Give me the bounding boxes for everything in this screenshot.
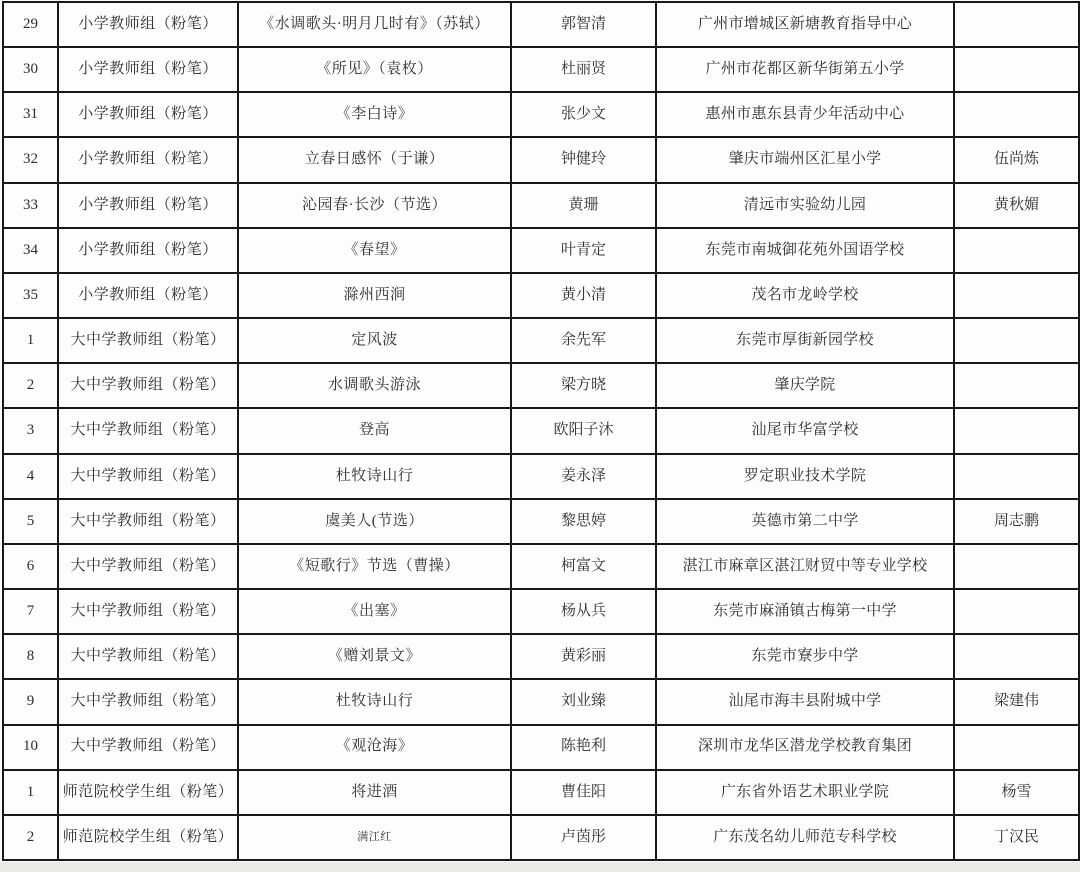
cell-performer: 柯富文 (511, 544, 656, 589)
cell-advisor: 黄秋媚 (954, 183, 1079, 228)
cell-title: 登高 (238, 408, 511, 453)
cell-title: 水调歌头游泳 (238, 363, 511, 408)
table-row: 29 小学教师组（粉笔） 《水调歌头·明月几时有》（苏轼） 郭智清 广州市增城区… (3, 2, 1079, 47)
cell-organization: 汕尾市华富学校 (656, 408, 954, 453)
table-row: 6 大中学教师组（粉笔） 《短歌行》节选（曹操） 柯富文 湛江市麻章区湛江财贸中… (3, 544, 1079, 589)
cell-title: 满江红 (238, 815, 511, 860)
cell-organization: 东莞市南城御花苑外国语学校 (656, 228, 954, 273)
table-row: 1 大中学教师组（粉笔） 定风波 余先军 东莞市厚街新园学校 (3, 318, 1079, 363)
cell-group: 大中学教师组（粉笔） (58, 499, 238, 544)
cell-number: 34 (3, 228, 58, 273)
cell-title: 将进酒 (238, 770, 511, 815)
cell-number: 1 (3, 770, 58, 815)
table-row: 2 大中学教师组（粉笔） 水调歌头游泳 梁方晓 肇庆学院 (3, 363, 1079, 408)
cell-title: 《短歌行》节选（曹操） (238, 544, 511, 589)
cell-number: 29 (3, 2, 58, 47)
cell-title: 《观沧海》 (238, 725, 511, 770)
table-row: 3 大中学教师组（粉笔） 登高 欧阳子沐 汕尾市华富学校 (3, 408, 1079, 453)
cell-group: 大中学教师组（粉笔） (58, 725, 238, 770)
cell-group: 小学教师组（粉笔） (58, 2, 238, 47)
cell-performer: 叶青定 (511, 228, 656, 273)
cell-performer: 姜永泽 (511, 454, 656, 499)
cell-organization: 东莞市麻涌镇古梅第一中学 (656, 589, 954, 634)
cell-organization: 湛江市麻章区湛江财贸中等专业学校 (656, 544, 954, 589)
cell-advisor (954, 318, 1079, 363)
cell-advisor (954, 363, 1079, 408)
cell-performer: 黄小清 (511, 273, 656, 318)
cell-advisor (954, 47, 1079, 92)
table-row: 10 大中学教师组（粉笔） 《观沧海》 陈艳利 深圳市龙华区潜龙学校教育集团 (3, 725, 1079, 770)
cell-group: 小学教师组（粉笔） (58, 228, 238, 273)
table-row: 2 师范院校学生组（粉笔） 满江红 卢茵彤 广东茂名幼儿师范专科学校 丁汉民 (3, 815, 1079, 860)
cell-advisor (954, 2, 1079, 47)
cell-number: 1 (3, 318, 58, 363)
cell-title: 杜牧诗山行 (238, 679, 511, 724)
table-row: 1 师范院校学生组（粉笔） 将进酒 曹佳阳 广东省外语艺术职业学院 杨雪 (3, 770, 1079, 815)
table-row: 9 大中学教师组（粉笔） 杜牧诗山行 刘业臻 汕尾市海丰县附城中学 梁建伟 (3, 679, 1079, 724)
cell-performer: 余先军 (511, 318, 656, 363)
cell-number: 4 (3, 454, 58, 499)
cell-advisor (954, 408, 1079, 453)
table-row: 30 小学教师组（粉笔） 《所见》（袁枚） 杜丽贤 广州市花都区新华街第五小学 (3, 47, 1079, 92)
cell-performer: 欧阳子沐 (511, 408, 656, 453)
cell-organization: 广州市增城区新塘教育指导中心 (656, 2, 954, 47)
cell-performer: 刘业臻 (511, 679, 656, 724)
cell-advisor (954, 589, 1079, 634)
cell-group: 大中学教师组（粉笔） (58, 634, 238, 679)
cell-organization: 东莞市寮步中学 (656, 634, 954, 679)
cell-group: 大中学教师组（粉笔） (58, 544, 238, 589)
cell-organization: 深圳市龙华区潜龙学校教育集团 (656, 725, 954, 770)
cell-group: 大中学教师组（粉笔） (58, 363, 238, 408)
table-row: 4 大中学教师组（粉笔） 杜牧诗山行 姜永泽 罗定职业技术学院 (3, 454, 1079, 499)
cell-number: 6 (3, 544, 58, 589)
cell-advisor (954, 454, 1079, 499)
cell-group: 小学教师组（粉笔） (58, 183, 238, 228)
cell-group: 小学教师组（粉笔） (58, 137, 238, 182)
cell-advisor (954, 725, 1079, 770)
cell-advisor (954, 273, 1079, 318)
cell-title: 沁园春·长沙（节选） (238, 183, 511, 228)
cell-performer: 郭智清 (511, 2, 656, 47)
cell-organization: 东莞市厚街新园学校 (656, 318, 954, 363)
cell-number: 5 (3, 499, 58, 544)
cell-organization: 汕尾市海丰县附城中学 (656, 679, 954, 724)
cell-title: 杜牧诗山行 (238, 454, 511, 499)
page-bottom-margin (0, 862, 1080, 872)
cell-performer: 黎思婷 (511, 499, 656, 544)
cell-number: 35 (3, 273, 58, 318)
cell-title: 《所见》（袁枚） (238, 47, 511, 92)
cell-number: 7 (3, 589, 58, 634)
cell-number: 30 (3, 47, 58, 92)
cell-advisor (954, 544, 1079, 589)
cell-title: 《水调歌头·明月几时有》（苏轼） (238, 2, 511, 47)
table-row: 32 小学教师组（粉笔） 立春日感怀（于谦） 钟健玲 肇庆市端州区汇星小学 伍尚… (3, 137, 1079, 182)
cell-organization: 罗定职业技术学院 (656, 454, 954, 499)
cell-number: 31 (3, 92, 58, 137)
cell-advisor: 伍尚炼 (954, 137, 1079, 182)
cell-number: 2 (3, 815, 58, 860)
document-page: 29 小学教师组（粉笔） 《水调歌头·明月几时有》（苏轼） 郭智清 广州市增城区… (0, 0, 1080, 872)
cell-number: 32 (3, 137, 58, 182)
cell-performer: 钟健玲 (511, 137, 656, 182)
table-row: 8 大中学教师组（粉笔） 《赠刘景文》 黄彩丽 东莞市寮步中学 (3, 634, 1079, 679)
cell-organization: 广东省外语艺术职业学院 (656, 770, 954, 815)
table-row: 5 大中学教师组（粉笔） 虞美人(节选） 黎思婷 英德市第二中学 周志鹏 (3, 499, 1079, 544)
cell-number: 3 (3, 408, 58, 453)
cell-number: 2 (3, 363, 58, 408)
cell-group: 大中学教师组（粉笔） (58, 408, 238, 453)
cell-group: 大中学教师组（粉笔） (58, 318, 238, 363)
table-row: 35 小学教师组（粉笔） 滁州西涧 黄小清 茂名市龙岭学校 (3, 273, 1079, 318)
cell-group: 小学教师组（粉笔） (58, 47, 238, 92)
cell-performer: 杨从兵 (511, 589, 656, 634)
cell-group: 小学教师组（粉笔） (58, 273, 238, 318)
cell-advisor: 梁建伟 (954, 679, 1079, 724)
cell-performer: 卢茵彤 (511, 815, 656, 860)
cell-organization: 清远市实验幼儿园 (656, 183, 954, 228)
cell-advisor (954, 92, 1079, 137)
cell-organization: 广州市花都区新华街第五小学 (656, 47, 954, 92)
cell-number: 33 (3, 183, 58, 228)
cell-group: 大中学教师组（粉笔） (58, 454, 238, 499)
cell-number: 8 (3, 634, 58, 679)
cell-group: 师范院校学生组（粉笔） (58, 815, 238, 860)
cell-organization: 肇庆学院 (656, 363, 954, 408)
cell-title: 《赠刘景文》 (238, 634, 511, 679)
cell-advisor: 杨雪 (954, 770, 1079, 815)
cell-advisor (954, 228, 1079, 273)
cell-group: 小学教师组（粉笔） (58, 92, 238, 137)
cell-organization: 惠州市惠东县青少年活动中心 (656, 92, 954, 137)
cell-title: 定风波 (238, 318, 511, 363)
cell-organization: 茂名市龙岭学校 (656, 273, 954, 318)
table-row: 7 大中学教师组（粉笔） 《出塞》 杨从兵 东莞市麻涌镇古梅第一中学 (3, 589, 1079, 634)
cell-performer: 梁方晓 (511, 363, 656, 408)
results-table: 29 小学教师组（粉笔） 《水调歌头·明月几时有》（苏轼） 郭智清 广州市增城区… (2, 1, 1080, 861)
cell-performer: 杜丽贤 (511, 47, 656, 92)
cell-group: 大中学教师组（粉笔） (58, 589, 238, 634)
cell-title: 《春望》 (238, 228, 511, 273)
cell-advisor: 丁汉民 (954, 815, 1079, 860)
cell-organization: 英德市第二中学 (656, 499, 954, 544)
table-row: 31 小学教师组（粉笔） 《李白诗》 张少文 惠州市惠东县青少年活动中心 (3, 92, 1079, 137)
table-body: 29 小学教师组（粉笔） 《水调歌头·明月几时有》（苏轼） 郭智清 广州市增城区… (3, 2, 1079, 860)
cell-group: 大中学教师组（粉笔） (58, 679, 238, 724)
cell-advisor (954, 634, 1079, 679)
cell-title: 立春日感怀（于谦） (238, 137, 511, 182)
cell-performer: 黄彩丽 (511, 634, 656, 679)
cell-performer: 黄珊 (511, 183, 656, 228)
cell-title: 滁州西涧 (238, 273, 511, 318)
cell-performer: 张少文 (511, 92, 656, 137)
cell-advisor: 周志鹏 (954, 499, 1079, 544)
table-row: 33 小学教师组（粉笔） 沁园春·长沙（节选） 黄珊 清远市实验幼儿园 黄秋媚 (3, 183, 1079, 228)
cell-title: 《出塞》 (238, 589, 511, 634)
cell-performer: 曹佳阳 (511, 770, 656, 815)
cell-title: 《李白诗》 (238, 92, 511, 137)
cell-organization: 广东茂名幼儿师范专科学校 (656, 815, 954, 860)
table-row: 34 小学教师组（粉笔） 《春望》 叶青定 东莞市南城御花苑外国语学校 (3, 228, 1079, 273)
cell-organization: 肇庆市端州区汇星小学 (656, 137, 954, 182)
cell-title: 虞美人(节选） (238, 499, 511, 544)
cell-group: 师范院校学生组（粉笔） (58, 770, 238, 815)
cell-performer: 陈艳利 (511, 725, 656, 770)
cell-number: 9 (3, 679, 58, 724)
cell-number: 10 (3, 725, 58, 770)
